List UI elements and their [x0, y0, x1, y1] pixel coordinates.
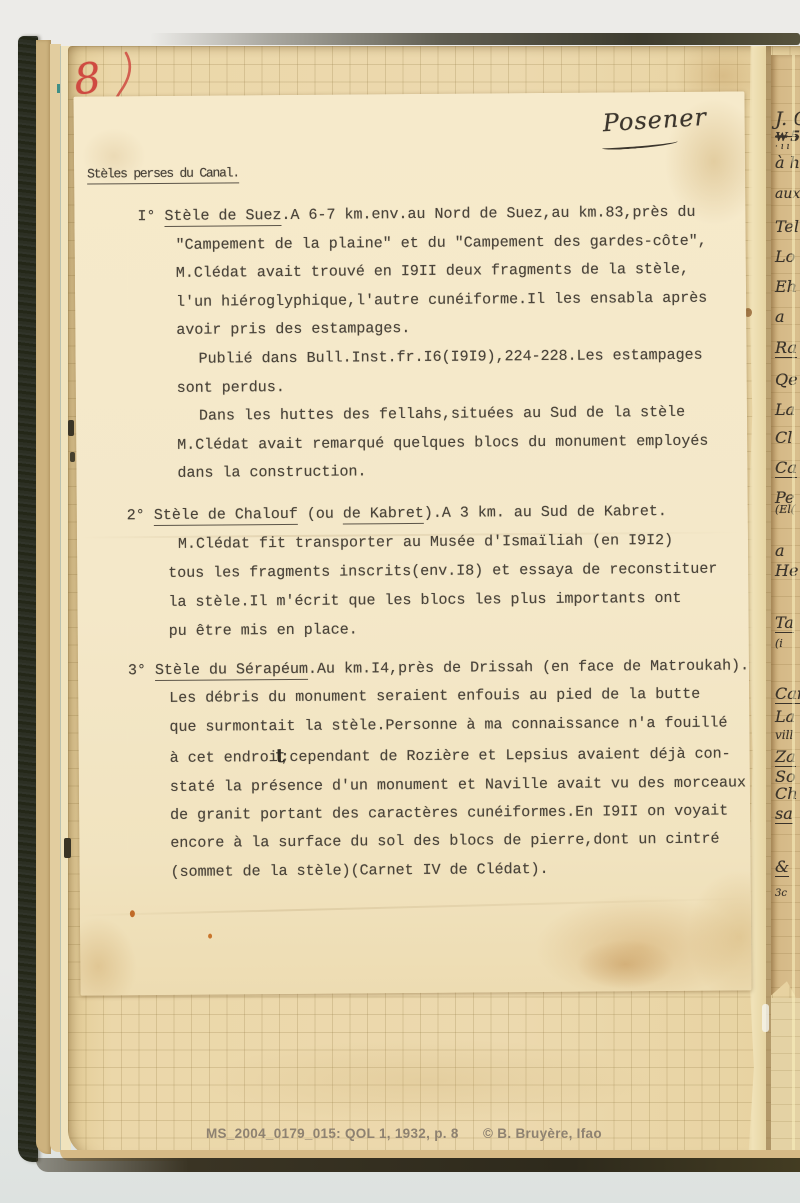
typed-text: "Campement de la plaine" et du "Campemen… — [176, 232, 707, 253]
typed-text: Dans les huttes des fellahs,situées au S… — [199, 404, 685, 425]
section-3: 3° Stèle du Sérapéum.Au km.I4,près de Dr… — [128, 652, 751, 887]
ink-speck — [64, 838, 71, 858]
margin-note-fragment: · ı ı — [775, 142, 789, 152]
typed-text: pu être mis en place. — [169, 621, 358, 639]
typed-line: encore à la surface du sol des blocs de … — [170, 826, 750, 859]
typed-text: (ou — [298, 506, 343, 523]
graph-paper-page: J. Cl₩ 5· ı ıà hauxTelLoEhaRaQeLaClCaPe(… — [68, 46, 800, 1156]
signature-posener: Posener — [602, 103, 708, 137]
bottom-cover-edge — [36, 1158, 800, 1172]
page-edge-stack — [36, 40, 51, 1154]
typed-line: Les débris du monument seraient enfouis … — [169, 681, 749, 714]
typed-line: à cet endroit;cependant de Rozière et Le… — [170, 738, 750, 774]
typed-line: I° Stèle de Suez.A 6-7 km.env.au Nord de… — [137, 199, 706, 232]
margin-note-fragment: sa — [775, 804, 793, 824]
section-2: 2° Stèle de Chalouf (ou de Kabret).A 3 k… — [127, 497, 718, 647]
typed-line: que surmontait la stèle.Personne à ma co… — [169, 709, 749, 742]
document-title: Stèles perses du Canal. — [87, 165, 239, 184]
typed-text: Les débris du monument seraient enfouis … — [169, 686, 700, 707]
ink-speck — [70, 452, 75, 462]
typed-text: l'un hiéroglyphique,l'autre cunéiforme.I… — [176, 289, 707, 310]
typed-text: tous les fragments inscrits(env.I8) et e… — [168, 561, 717, 582]
typed-text: sont perdus. — [177, 379, 285, 397]
typed-text: .Au km.I4,près de Drissah (en face de Ma… — [308, 657, 749, 677]
scanned-notebook-page: J. Cl₩ 5· ı ıà hauxTelLoEhaRaQeLaClCaPe(… — [0, 0, 800, 1203]
book-top-edge — [150, 33, 800, 45]
underlined-text: Stèle du Sérapéum — [155, 661, 308, 681]
pasted-typed-sheet: Posener Stèles perses du Canal. I° Stèle… — [73, 91, 751, 995]
typed-text: la stèle.Il m'écrit que les blocs les pl… — [168, 590, 681, 611]
typed-text: (sommet de la stèle)(Carnet IV de Clédat… — [171, 861, 549, 881]
typed-text: avoir pris des estampages. — [176, 320, 410, 339]
typed-line: la stèle.Il m'écrit que les blocs les pl… — [168, 584, 717, 617]
underlined-text: Stèle de Chalouf — [154, 506, 298, 526]
margin-note-fragment: Can — [775, 684, 800, 704]
margin-note-fragment: vill — [775, 728, 793, 742]
typed-line: dans la construction. — [177, 456, 708, 489]
typed-text: 3° — [128, 662, 155, 679]
margin-note-fragment: 3c — [775, 888, 787, 899]
typed-line: tous les fragments inscrits(env.I8) et e… — [168, 555, 717, 588]
typed-text: de granit portant des caractères cunéifo… — [170, 803, 728, 824]
typed-text: que surmontait la stèle.Personne à ma co… — [169, 714, 727, 735]
typed-line: pu être mis en place. — [169, 613, 718, 646]
typed-text: 2° — [127, 507, 154, 524]
typed-sections: I° Stèle de Suez.A 6-7 km.env.au Nord de… — [73, 91, 744, 96]
typed-text: M.Clédat fit transporter au Musée d'Isma… — [178, 532, 673, 553]
typed-text: M.Clédat avait remarqué quelques blocs d… — [177, 432, 708, 453]
handwritten-correction: t — [276, 745, 285, 767]
book-binding — [18, 36, 38, 1162]
page-seam-shadow — [766, 46, 771, 1156]
typed-text: staté la présence d'un monument et Navil… — [170, 774, 746, 796]
typed-text: .A 6-7 km.env.au Nord de Suez,au km.83,p… — [281, 204, 695, 224]
signature-underline — [602, 139, 678, 151]
typed-line: Publié dans Bull.Inst.fr.I6(I9I9),224-22… — [198, 342, 707, 375]
margin-notes: J. Cl₩ 5· ı ıà hauxTelLoEhaRaQeLaClCaPe(… — [771, 55, 800, 1005]
typed-line: "Campement de la plaine" et du "Campemen… — [176, 227, 707, 260]
typed-text: à cet endroi — [170, 749, 278, 767]
margin-note-fragment: J. Cl — [775, 108, 800, 130]
adjacent-page-edge — [771, 998, 800, 1156]
margin-note-fragment: a — [775, 541, 785, 560]
margin-note-fragment: Tel — [775, 217, 799, 236]
footer-reference: MS_2004_0179_015: QOL 1, 1932, p. 8 — [206, 1126, 459, 1141]
typed-text: ;cependant de Rozière et Lepsius avaient… — [280, 746, 730, 767]
margin-note-fragment: Cl — [775, 428, 792, 447]
margin-note-fragment: (i — [775, 637, 783, 650]
page-edge-highlight — [792, 55, 795, 1165]
typed-line: (sommet de la stèle)(Carnet IV de Clédat… — [170, 854, 750, 887]
ink-speck — [68, 420, 74, 436]
typed-line: staté la présence d'un monument et Navil… — [170, 769, 750, 802]
section-1: I° Stèle de Suez.A 6-7 km.env.au Nord de… — [137, 199, 708, 489]
typed-line: M.Clédat avait remarqué quelques blocs d… — [177, 427, 708, 460]
typed-text: Publié dans Bull.Inst.fr.I6(I9I9),224-22… — [198, 347, 702, 368]
orange-speck — [130, 910, 135, 917]
typed-text: M.Clédat avait trouvé en I9II deux fragm… — [176, 261, 689, 282]
underlined-text: Stèle de Suez — [164, 207, 281, 227]
typed-line: l'un hiéroglyphique,l'autre cunéiforme.I… — [176, 284, 707, 317]
underlined-text: de Kabret — [343, 505, 424, 525]
typed-text: encore à la surface du sol des blocs de … — [170, 831, 719, 852]
typed-text: dans la construction. — [177, 464, 366, 482]
typed-line: 2° Stèle de Chalouf (ou de Kabret).A 3 k… — [127, 497, 717, 531]
white-paint-speck — [762, 1004, 769, 1032]
paper-crease — [80, 897, 751, 916]
typed-line: M.Clédat fit transporter au Musée d'Isma… — [178, 526, 717, 559]
typed-line: avoir pris des estampages. — [176, 313, 707, 346]
margin-note-fragment: aux — [775, 186, 800, 202]
typed-line: sont perdus. — [177, 370, 708, 403]
footer-copyright: © B. Bruyère, Ifao — [483, 1126, 602, 1141]
typed-line: M.Clédat avait trouvé en I9II deux fragm… — [176, 256, 707, 289]
typed-text: I° — [137, 208, 164, 225]
margin-note-fragment: a — [775, 307, 785, 326]
typed-text: ).A 3 km. au Sud de Kabret. — [424, 503, 667, 522]
margin-note-fragment: & — [775, 857, 789, 877]
typed-line: Dans les huttes des fellahs,situées au S… — [199, 399, 708, 432]
typed-line: de granit portant des caractères cunéifo… — [170, 797, 750, 830]
orange-speck — [208, 934, 212, 939]
margin-note-fragment: à h — [775, 153, 800, 172]
teal-mark — [57, 84, 60, 93]
